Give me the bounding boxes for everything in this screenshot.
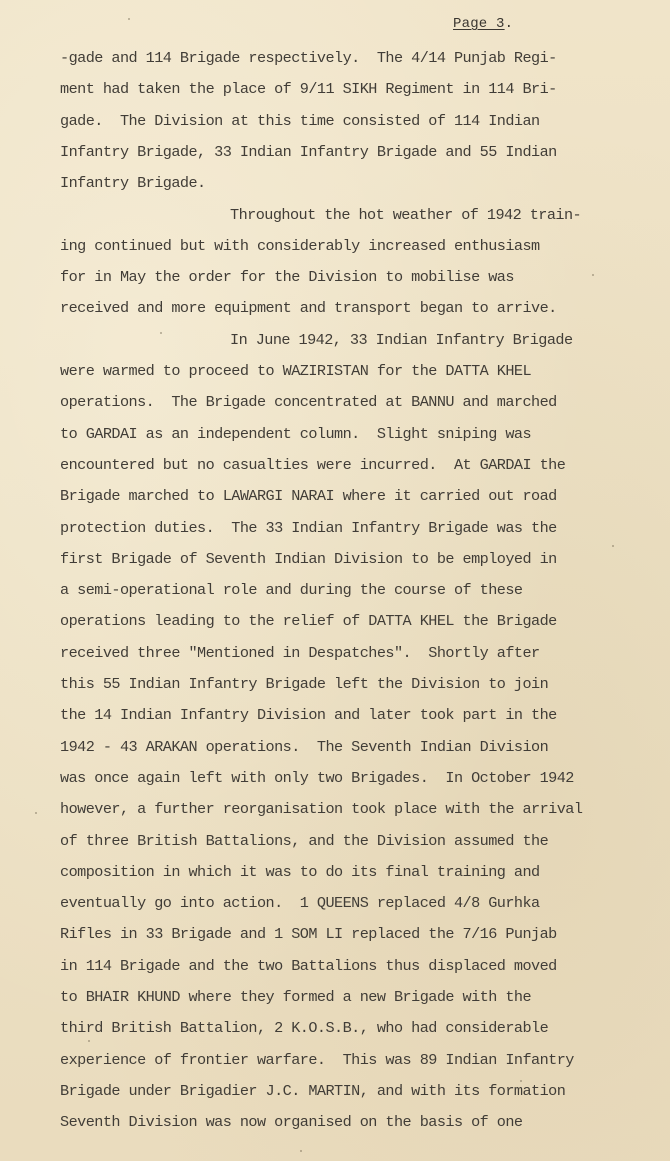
text-line: third British Battalion, 2 K.O.S.B., who… — [60, 1019, 548, 1037]
text-line: gade. The Division at this time consiste… — [60, 112, 540, 130]
paper-speck — [612, 545, 614, 547]
text-line: Throughout the hot weather of 1942 train… — [230, 206, 581, 224]
text-line: however, a further reorganisation took p… — [60, 800, 582, 818]
text-line: this 55 Indian Infantry Brigade left the… — [60, 675, 548, 693]
text-line: operations leading to the relief of DATT… — [60, 612, 557, 630]
text-line: of three British Battalions, and the Div… — [60, 832, 548, 850]
text-line: encountered but no casualties were incur… — [60, 456, 565, 474]
paper-speck — [160, 332, 162, 334]
text-line: were warmed to proceed to WAZIRISTAN for… — [60, 362, 531, 380]
text-line: received and more equipment and transpor… — [60, 299, 557, 317]
text-line: 1942 - 43 ARAKAN operations. The Seventh… — [60, 738, 548, 756]
text-line: operations. The Brigade concentrated at … — [60, 393, 557, 411]
text-line: experience of frontier warfare. This was… — [60, 1051, 574, 1069]
paper-speck — [592, 274, 594, 276]
text-line: In June 1942, 33 Indian Infantry Brigade — [230, 331, 573, 349]
text-line: Infantry Brigade, 33 Indian Infantry Bri… — [60, 143, 557, 161]
paper-speck — [520, 1080, 522, 1082]
text-line: composition in which it was to do its fi… — [60, 863, 540, 881]
text-line: ing continued but with considerably incr… — [60, 237, 540, 255]
text-line: for in May the order for the Division to… — [60, 268, 514, 286]
text-line: Brigade marched to LAWARGI NARAI where i… — [60, 487, 557, 505]
text-line: Seventh Division was now organised on th… — [60, 1113, 522, 1131]
paper-speck — [88, 1040, 90, 1042]
text-line: was once again left with only two Brigad… — [60, 769, 574, 787]
text-line: Brigade under Brigadier J.C. MARTIN, and… — [60, 1082, 565, 1100]
page-number: Page 3. — [453, 16, 513, 32]
text-line: the 14 Indian Infantry Division and late… — [60, 706, 557, 724]
paper-speck — [35, 812, 37, 814]
text-line: Rifles in 33 Brigade and 1 SOM LI replac… — [60, 925, 557, 943]
text-line: to GARDAI as an independent column. Slig… — [60, 425, 531, 443]
text-line: first Brigade of Seventh Indian Division… — [60, 550, 557, 568]
text-line: eventually go into action. 1 QUEENS repl… — [60, 894, 540, 912]
text-line: to BHAIR KHUND where they formed a new B… — [60, 988, 531, 1006]
text-line: a semi-operational role and during the c… — [60, 581, 522, 599]
document-page: Page 3. -gade and 114 Brigade respective… — [0, 0, 670, 1161]
text-line: received three "Mentioned in Despatches"… — [60, 644, 540, 662]
paper-speck — [300, 1150, 302, 1152]
text-line: -gade and 114 Brigade respectively. The … — [60, 49, 557, 67]
page-number-suffix: . — [505, 16, 514, 32]
text-line: ment had taken the place of 9/11 SIKH Re… — [60, 80, 557, 98]
page-number-label: Page 3 — [453, 16, 505, 32]
text-line: in 114 Brigade and the two Battalions th… — [60, 957, 557, 975]
text-line: protection duties. The 33 Indian Infantr… — [60, 519, 557, 537]
paper-speck — [128, 18, 130, 20]
text-line: Infantry Brigade. — [60, 174, 206, 192]
